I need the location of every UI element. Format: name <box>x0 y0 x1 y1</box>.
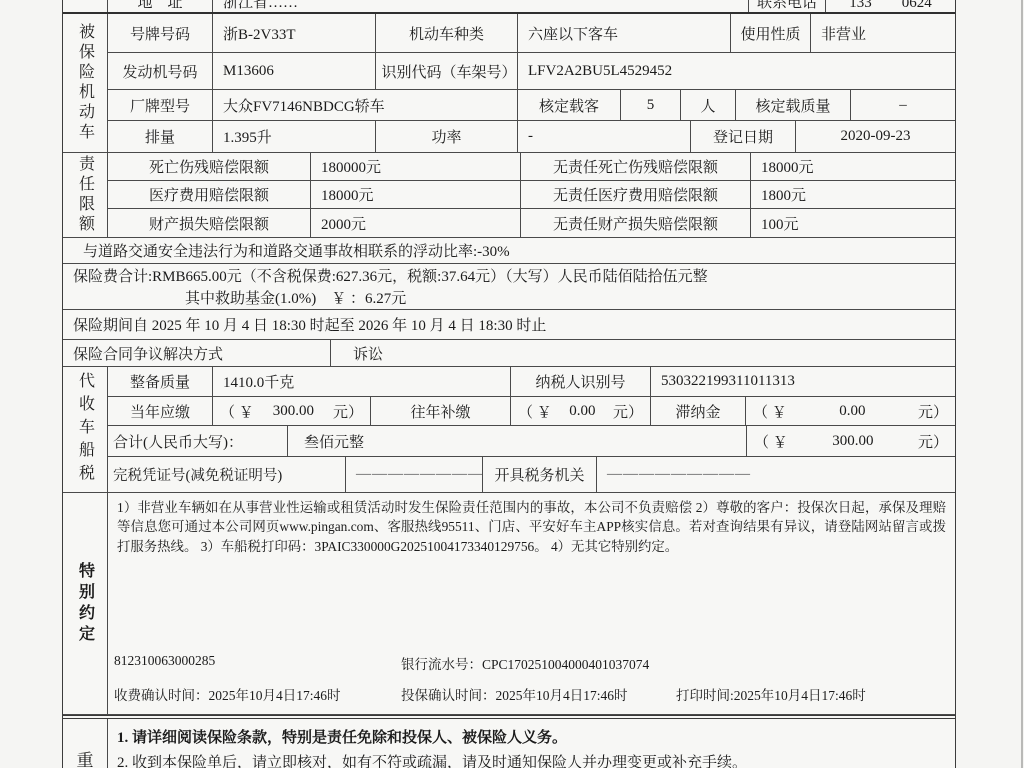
seats-unit: 人 <box>681 90 736 120</box>
late-fee-label: 滞纳金 <box>651 397 746 425</box>
model-label: 厂牌型号 <box>108 90 213 120</box>
tax-total-open: （ ￥ <box>754 431 788 452</box>
prev-tax-open: （ ￥ <box>518 401 552 422</box>
liability-label: 责任限额 <box>74 155 97 235</box>
table-row-tax-certificate: 完税凭证号(减免税证明号) ————————— 开具税务机关 ————————— <box>108 457 955 492</box>
prev-tax-label: 往年补缴 <box>371 397 511 425</box>
vehicle-type-label: 机动车种类 <box>376 14 518 52</box>
premium-row: 保险费合计:RMB665.00元（不含税保费:627.36元，税额:37.64元… <box>63 264 955 310</box>
print-time: 打印时间:2025年10月4日17:46时 <box>676 684 866 704</box>
dispute-value: 诉讼 <box>331 340 955 366</box>
table-row-tax-amounts: 当年应缴 （ ￥ 300.00 元） 往年补缴 （ ￥ 0.00 元） 滞纳金 … <box>108 397 955 426</box>
death-limit-value: 180000元 <box>311 153 521 180</box>
address-value: 浙江省…… <box>223 0 298 12</box>
taxpayer-id-value: 530322199311011313 <box>651 367 955 396</box>
apply-confirm-time: 投保确认时间：2025年10月4日17:46时 <box>401 684 628 704</box>
table-row-liability-death: 死亡伤残赔偿限额 180000元 无责任死亡伤残赔偿限额 18000元 <box>108 153 955 181</box>
fee-confirm-time: 收费确认时间：2025年10月4日17:46时 <box>114 684 341 704</box>
tax-cert-label: 完税凭证号(减免税证明号) <box>108 457 346 492</box>
section-label-insured-vehicle: 被保险机动车 <box>63 14 108 152</box>
special-agreement-label: 特别约定 <box>74 562 97 646</box>
curb-weight-value: 1410.0千克 <box>213 367 511 396</box>
nofault-death-limit-value: 18000元 <box>751 153 955 180</box>
dispute-resolution-row: 保险合同争议解决方式 诉讼 <box>63 340 955 367</box>
section-label-important-notice: 重 <box>63 719 108 768</box>
nofault-death-limit-label: 无责任死亡伤残赔偿限额 <box>521 153 751 180</box>
property-limit-value: 2000元 <box>311 209 521 237</box>
late-fee-open: （ ￥ <box>753 401 787 422</box>
section-label-liability: 责任限额 <box>63 153 108 237</box>
vin-label: 识别代码（车架号） <box>376 53 518 89</box>
dispute-label: 保险合同争议解决方式 <box>63 340 331 366</box>
table-row-model: 厂牌型号 大众FV7146NBDCG轿车 核定载客 5 人 核定载质量 – <box>108 90 955 121</box>
section-label-special-agreement: 特别约定 <box>63 493 108 714</box>
reg-date-label: 登记日期 <box>691 121 796 152</box>
phone-value-cell: 133 0624 <box>826 0 955 12</box>
power-label: 功率 <box>376 121 518 152</box>
usage-value: 非营业 <box>811 14 955 52</box>
nofault-medical-limit-label: 无责任医疗费用赔偿限额 <box>521 181 751 208</box>
model-value: 大众FV7146NBDCG轿车 <box>213 90 518 120</box>
prev-tax-value: （ ￥ 0.00 元） <box>511 397 651 425</box>
late-fee-close: 元） <box>918 401 948 422</box>
current-tax-value: （ ￥ 300.00 元） <box>213 397 371 425</box>
tax-office-value: ————————— <box>597 457 955 492</box>
displacement-value: 1.395升 <box>213 121 376 152</box>
insured-vehicle-label: 被保险机动车 <box>74 23 97 143</box>
tax-total-label: 合计(人民币大写)： <box>108 426 288 456</box>
table-row-tax-total: 合计(人民币大写)： 叁佰元整 （ ￥ 300.00 元） <box>108 426 955 457</box>
address-label-cell: 地 址 <box>108 0 213 12</box>
table-row-plate: 号牌号码 浙B-2V33T 机动车种类 六座以下客车 使用性质 非营业 <box>108 14 955 53</box>
vessel-tax-label: 代收车船税 <box>74 372 97 487</box>
current-tax-amount: 300.00 <box>273 403 314 420</box>
curb-weight-label: 整备质量 <box>108 367 213 396</box>
address-label: 地 址 <box>137 0 182 12</box>
section-vessel-tax: 代收车船税 整备质量 1410.0千克 纳税人识别号 5303221993110… <box>63 367 955 493</box>
document-number: 812310063000285 <box>114 653 215 669</box>
insurance-period-row: 保险期间自 2025 年 10 月 4 日 18:30 时起至 2026 年 1… <box>63 310 955 340</box>
load-label: 核定载质量 <box>736 90 851 120</box>
late-fee-value: （ ￥ 0.00 元） <box>746 397 955 425</box>
special-clause-text: 1）非营业车辆如在从事营业性运输或租赁活动时发生保险责任范围内的事故，本公司不负… <box>108 493 955 556</box>
tax-total-number: （ ￥ 300.00 元） <box>747 426 955 456</box>
medical-limit-value: 18000元 <box>311 181 521 208</box>
prev-tax-close: 元） <box>613 401 643 422</box>
bank-serial-label: 银行流水号：CPC170251004000401037074 <box>401 653 649 673</box>
notice-line-1: 1. 请详细阅读保险条款，特别是责任免除和投保人、被保险人义务。 <box>117 726 955 747</box>
bank-serial-number: CPC170251004000401037074 <box>482 657 649 672</box>
policy-scan-page: 地 址 浙江省…… 联系电话 133 0624 被保险机动车 号牌号码 浙B-2… <box>0 0 1024 768</box>
current-tax-label: 当年应缴 <box>108 397 213 425</box>
current-tax-open: （ ￥ <box>220 401 254 422</box>
insurance-period-text: 保险期间自 2025 年 10 月 4 日 18:30 时起至 2026 年 1… <box>73 314 546 335</box>
scan-page-edge <box>1021 0 1023 768</box>
tax-office-label: 开具税务机关 <box>483 457 597 492</box>
table-row-curb-weight: 整备质量 1410.0千克 纳税人识别号 530322199311011313 <box>108 367 955 397</box>
load-value: – <box>851 90 955 120</box>
section-insured-vehicle: 被保险机动车 号牌号码 浙B-2V33T 机动车种类 六座以下客车 使用性质 非… <box>63 14 955 153</box>
property-limit-label: 财产损失赔偿限额 <box>108 209 311 237</box>
bank-serial-label-text: 银行流水号： <box>401 657 482 672</box>
seats-label: 核定载客 <box>518 90 621 120</box>
taxpayer-id-label: 纳税人识别号 <box>511 367 651 396</box>
engine-value: M13606 <box>213 53 376 89</box>
important-notice-label: 重 <box>77 746 94 768</box>
table-row-displacement: 排量 1.395升 功率 - 登记日期 2020-09-23 <box>108 121 955 152</box>
death-limit-label: 死亡伤残赔偿限额 <box>108 153 311 180</box>
vehicle-type-value: 六座以下客车 <box>518 14 731 52</box>
important-notice-content: 1. 请详细阅读保险条款，特别是责任免除和投保人、被保险人义务。 2. 收到本保… <box>108 719 955 768</box>
late-fee-amount: 0.00 <box>839 403 865 420</box>
tax-cert-value: ————————— <box>346 457 483 492</box>
rescue-fund-text: 其中救助基金(1.0%) ￥ ：6.27元 <box>73 287 406 308</box>
phone-value: 133 0624 <box>849 0 932 12</box>
vin-value: LFV2A2BU5L4529452 <box>518 53 955 89</box>
section-special-agreement: 特别约定 1）非营业车辆如在从事营业性运输或租赁活动时发生保险责任范围内的事故，… <box>63 493 955 715</box>
float-rate-text: 与道路交通安全违法行为和道路交通事故相联系的浮动比率:-30% <box>83 240 510 261</box>
phone-label: 联系电话 <box>757 0 817 12</box>
medical-limit-label: 医疗费用赔偿限额 <box>108 181 311 208</box>
section-label-vessel-tax: 代收车船税 <box>63 367 108 492</box>
section-label-spacer <box>63 0 108 12</box>
phone-label-cell: 联系电话 <box>749 0 826 12</box>
float-rate-row: 与道路交通安全违法行为和道路交通事故相联系的浮动比率:-30% <box>63 238 955 264</box>
power-value: - <box>518 121 691 152</box>
nofault-property-limit-value: 100元 <box>751 209 955 237</box>
tax-total-close: 元） <box>918 431 948 452</box>
seats-value: 5 <box>621 90 681 120</box>
nofault-property-limit-label: 无责任财产损失赔偿限额 <box>521 209 751 237</box>
address-value-cell: 浙江省…… <box>213 0 749 12</box>
displacement-label: 排量 <box>108 121 213 152</box>
section-important-notice: 重 1. 请详细阅读保险条款，特别是责任免除和投保人、被保险人义务。 2. 收到… <box>63 715 955 768</box>
tax-total-amount: 300.00 <box>832 433 873 450</box>
notice-line-2: 2. 收到本保险单后，请立即核对，如有不符或疏漏，请及时通知保险人并办理变更或补… <box>117 751 955 768</box>
table-row-liability-medical: 医疗费用赔偿限额 18000元 无责任医疗费用赔偿限额 1800元 <box>108 181 955 209</box>
section-liability-limits: 责任限额 死亡伤残赔偿限额 180000元 无责任死亡伤残赔偿限额 18000元… <box>63 153 955 238</box>
plate-label: 号牌号码 <box>108 14 213 52</box>
tax-total-chinese: 叁佰元整 <box>288 426 747 456</box>
usage-label: 使用性质 <box>731 14 811 52</box>
premium-total-text: 保险费合计:RMB665.00元（不含税保费:627.36元，税额:37.64元… <box>73 265 708 286</box>
plate-value: 浙B-2V33T <box>213 14 376 52</box>
engine-label: 发动机号码 <box>108 53 213 89</box>
policy-table: 地 址 浙江省…… 联系电话 133 0624 被保险机动车 号牌号码 浙B-2… <box>62 0 956 768</box>
table-row-address-partial: 地 址 浙江省…… 联系电话 133 0624 <box>63 0 955 14</box>
reg-date-value: 2020-09-23 <box>796 121 955 152</box>
nofault-medical-limit-value: 1800元 <box>751 181 955 208</box>
table-row-liability-property: 财产损失赔偿限额 2000元 无责任财产损失赔偿限额 100元 <box>108 209 955 237</box>
prev-tax-amount: 0.00 <box>569 403 595 420</box>
table-row-engine: 发动机号码 M13606 识别代码（车架号） LFV2A2BU5L4529452 <box>108 53 955 90</box>
special-agreement-content: 1）非营业车辆如在从事营业性运输或租赁活动时发生保险责任范围内的事故，本公司不负… <box>108 493 955 713</box>
current-tax-close: 元） <box>333 401 363 422</box>
